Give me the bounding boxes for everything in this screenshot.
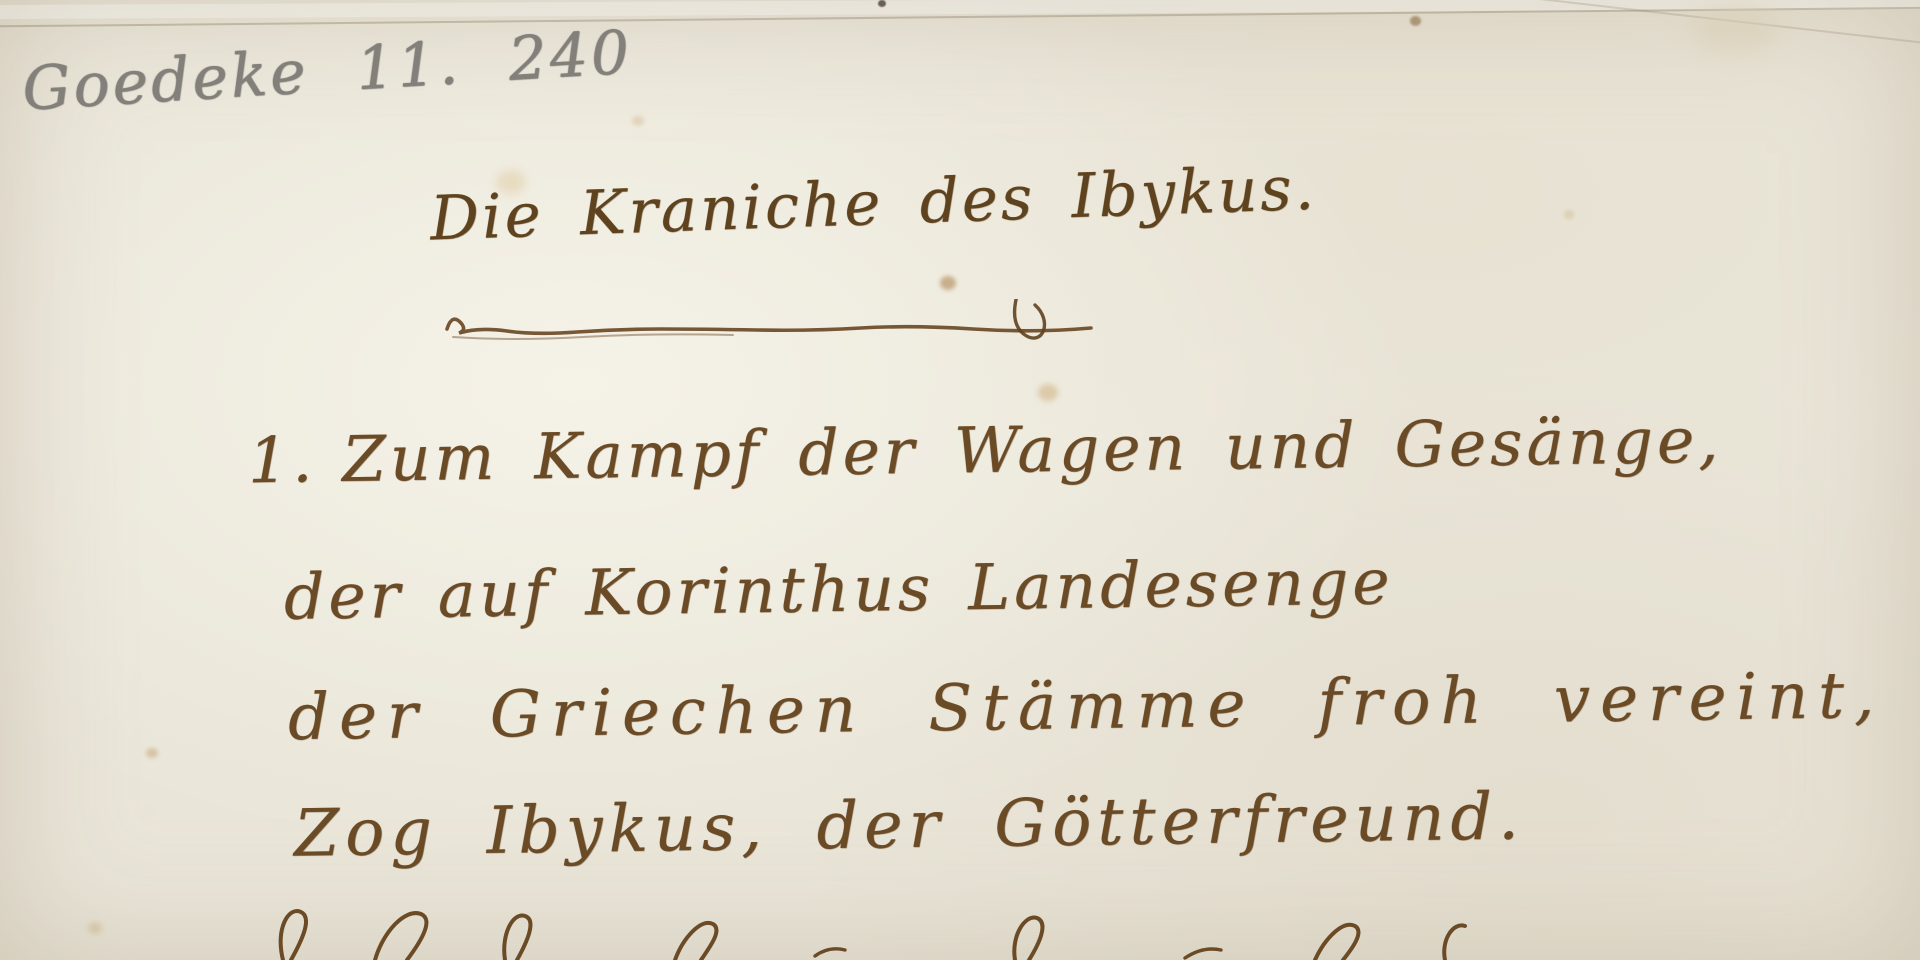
pencil-catalog-annotation: Goedeke 11. 240 <box>20 17 634 124</box>
partial-line-strokes <box>255 898 1515 960</box>
stanza-number: 1. <box>248 423 317 497</box>
foxing-spot <box>1038 384 1058 401</box>
paper-stain <box>1690 6 1780 52</box>
foxing-spot <box>940 276 956 290</box>
poem-line: Zog Ibykus, der Götterfreund. <box>294 779 1526 871</box>
poem-line: 1.Zum Kampf der Wagen und Gesänge, <box>248 404 1723 498</box>
poem-title: Die Kraniche des Ibykus. <box>429 160 1093 254</box>
foxing-spot <box>1410 16 1421 26</box>
foxing-spot <box>1564 210 1574 219</box>
foxing-spot <box>88 922 102 934</box>
poem-line-text: Zum Kampf der Wagen und Gesänge, <box>342 404 1723 496</box>
foxing-spot <box>632 116 644 126</box>
poem-line: der auf Korinthus Landesenge <box>284 545 1395 633</box>
title-underline <box>433 299 1095 359</box>
poem-line: der Griechen Stämme froh vereint, <box>288 659 1885 755</box>
foxing-spot <box>146 748 158 758</box>
